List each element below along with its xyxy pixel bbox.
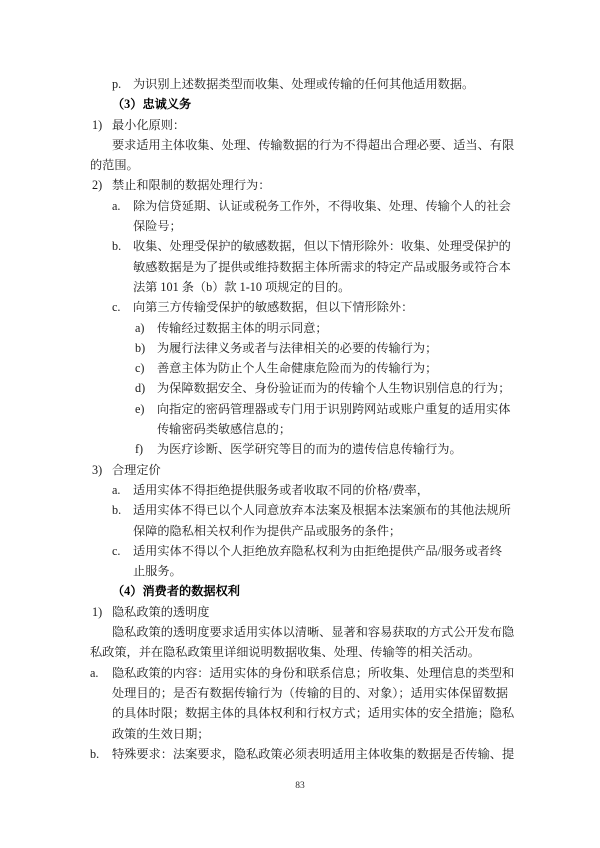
line-text: 法第 101 条（b）款 1-10 项规定的目的。 [133,280,350,294]
line-text: 保险号； [133,219,182,233]
list-marker: 3) [92,460,112,480]
line-text: 向第三方传输受保护的敏感数据，但以下情形除外： [133,300,413,314]
document-line: c.向第三方传输受保护的敏感数据，但以下情形除外： [90,297,530,317]
document-line: a.隐私政策的内容：适用实体的身份和联系信息；所收集、处理信息的类型和 [90,663,530,683]
list-marker: p. [112,74,133,94]
list-marker: a. [112,196,133,216]
list-marker: c. [112,541,133,561]
document-line: 政策的生效日期； [90,724,530,744]
line-text: 隐私政策的透明度 [112,605,210,619]
line-text: 适用实体不得已以个人同意放弃本法案及根据本法案颁布的其他法规所 [133,503,511,517]
document-line: 法第 101 条（b）款 1-10 项规定的目的。 [90,277,530,297]
list-marker: b. [112,500,133,520]
document-line: b)为履行法律义务或者与法律相关的必要的传输行为； [90,338,530,358]
document-line: f)为医疗诊断、医学研究等目的而为的遗传信息传输行为。 [90,439,530,459]
line-text: 隐私政策的透明度要求适用实体以清晰、显著和容易获取的方式公开发布隐 [112,625,514,639]
document-line: 处理目的；是否有数据传输行为（传输的目的、对象）；适用实体保留数据 [90,683,530,703]
document-line: e)向指定的密码管理器或专门用于识别跨网站或账户重复的适用实体 [90,399,530,419]
document-page: p.为识别上述数据类型而收集、处理或传输的任何其他适用数据。（3）忠诚义务1)最… [0,0,600,848]
line-text: 传输经过数据主体的明示同意； [157,321,328,335]
line-text: 向指定的密码管理器或专门用于识别跨网站或账户重复的适用实体 [157,402,510,416]
list-marker: a) [135,318,157,338]
document-line: d)为保障数据安全、身份验证而为的传输个人生物识别信息的行为； [90,378,530,398]
line-text: 的具体时限；数据主体的具体权利和行权方式；适用实体的安全措施；隐私 [112,706,514,720]
list-marker: e) [135,399,157,419]
list-marker: c. [112,297,133,317]
line-text: 收集、处理受保护的敏感数据，但以下情形除外：收集、处理受保护的 [133,239,511,253]
line-text: （3）忠诚义务 [112,97,191,111]
line-text: 为医疗诊断、医学研究等目的而为的遗传信息传输行为。 [157,442,462,456]
line-text: 特殊要求：法案要求，隐私政策必须表明适用主体收集的数据是否传输、提 [112,747,514,761]
line-text: 保障的隐私相关权利作为提供产品或服务的条件； [133,524,401,538]
document-line: b.适用实体不得已以个人同意放弃本法案及根据本法案颁布的其他法规所 [90,500,530,520]
list-marker: 1) [92,602,112,622]
line-text: 为识别上述数据类型而收集、处理或传输的任何其他适用数据。 [133,77,474,91]
line-text: 传输密码类敏感信息的； [157,422,291,436]
list-marker: d) [135,378,157,398]
line-text: 要求适用主体收集、处理、传输数据的行为不得超出合理必要、适当、有限 [112,138,514,152]
document-line: 2)禁止和限制的数据处理行为： [90,175,530,195]
line-text: 敏感数据是为了提供或维持数据主体所需求的特定产品或服务或符合本 [133,260,511,274]
line-text: （4）消费者的数据权利 [112,584,240,598]
document-body: p.为识别上述数据类型而收集、处理或传输的任何其他适用数据。（3）忠诚义务1)最… [90,74,530,764]
section-heading: （4）消费者的数据权利 [90,581,530,601]
document-line: 隐私政策的透明度要求适用实体以清晰、显著和容易获取的方式公开发布隐 [90,622,530,642]
line-text: 隐私政策的内容：适用实体的身份和联系信息；所收集、处理信息的类型和 [112,666,514,680]
page-number: 83 [0,781,600,791]
line-text: 为履行法律义务或者与法律相关的必要的传输行为； [157,341,437,355]
list-marker: f) [135,439,157,459]
document-line: 的范围。 [90,155,530,175]
line-text: 止服务。 [133,564,182,578]
document-line: 的具体时限；数据主体的具体权利和行权方式；适用实体的安全措施；隐私 [90,703,530,723]
line-text: 政策的生效日期； [112,727,210,741]
list-marker: 1) [92,115,112,135]
document-line: a.除为信贷延期、认证或税务工作外，不得收集、处理、传输个人的社会 [90,196,530,216]
line-text: 的范围。 [90,158,139,172]
list-marker: b. [112,236,133,256]
document-line: c.适用实体不得以个人拒绝放弃隐私权利为由拒绝提供产品/服务或者终 [90,541,530,561]
list-marker: b. [90,744,112,764]
document-line: b.收集、处理受保护的敏感数据，但以下情形除外：收集、处理受保护的 [90,236,530,256]
document-line: p.为识别上述数据类型而收集、处理或传输的任何其他适用数据。 [90,74,530,94]
section-heading: （3）忠诚义务 [90,94,530,114]
line-text: 除为信贷延期、认证或税务工作外，不得收集、处理、传输个人的社会 [133,199,511,213]
line-text: 适用实体不得以个人拒绝放弃隐私权利为由拒绝提供产品/服务或者终 [133,544,502,558]
list-marker: 2) [92,175,112,195]
list-marker: c) [135,358,157,378]
line-text: 合理定价 [112,463,161,477]
line-text: 处理目的；是否有数据传输行为（传输的目的、对象）；适用实体保留数据 [112,686,508,700]
document-line: 传输密码类敏感信息的； [90,419,530,439]
document-line: 1)隐私政策的透明度 [90,602,530,622]
line-text: 最小化原则： [112,118,185,132]
list-marker: a. [90,663,112,683]
line-text: 善意主体为防止个人生命健康危险而为的传输行为； [157,361,437,375]
line-text: 禁止和限制的数据处理行为： [112,178,270,192]
document-line: 止服务。 [90,561,530,581]
document-line: 要求适用主体收集、处理、传输数据的行为不得超出合理必要、适当、有限 [90,135,530,155]
list-marker: a. [112,480,133,500]
document-line: 3)合理定价 [90,460,530,480]
list-marker: b) [135,338,157,358]
document-line: 敏感数据是为了提供或维持数据主体所需求的特定产品或服务或符合本 [90,257,530,277]
document-line: 私政策，并在隐私政策里详细说明数据收集、处理、传输等的相关活动。 [90,642,530,662]
line-text: 为保障数据安全、身份验证而为的传输个人生物识别信息的行为； [157,381,510,395]
document-line: c)善意主体为防止个人生命健康危险而为的传输行为； [90,358,530,378]
document-line: a.适用实体不得拒绝提供服务或者收取不同的价格/费率， [90,480,530,500]
document-line: b.特殊要求：法案要求，隐私政策必须表明适用主体收集的数据是否传输、提 [90,744,530,764]
document-line: a)传输经过数据主体的明示同意； [90,318,530,338]
document-line: 保险号； [90,216,530,236]
document-line: 1)最小化原则： [90,115,530,135]
document-line: 保障的隐私相关权利作为提供产品或服务的条件； [90,521,530,541]
line-text: 私政策，并在隐私政策里详细说明数据收集、处理、传输等的相关活动。 [90,645,480,659]
line-text: 适用实体不得拒绝提供服务或者收取不同的价格/费率， [133,483,429,497]
